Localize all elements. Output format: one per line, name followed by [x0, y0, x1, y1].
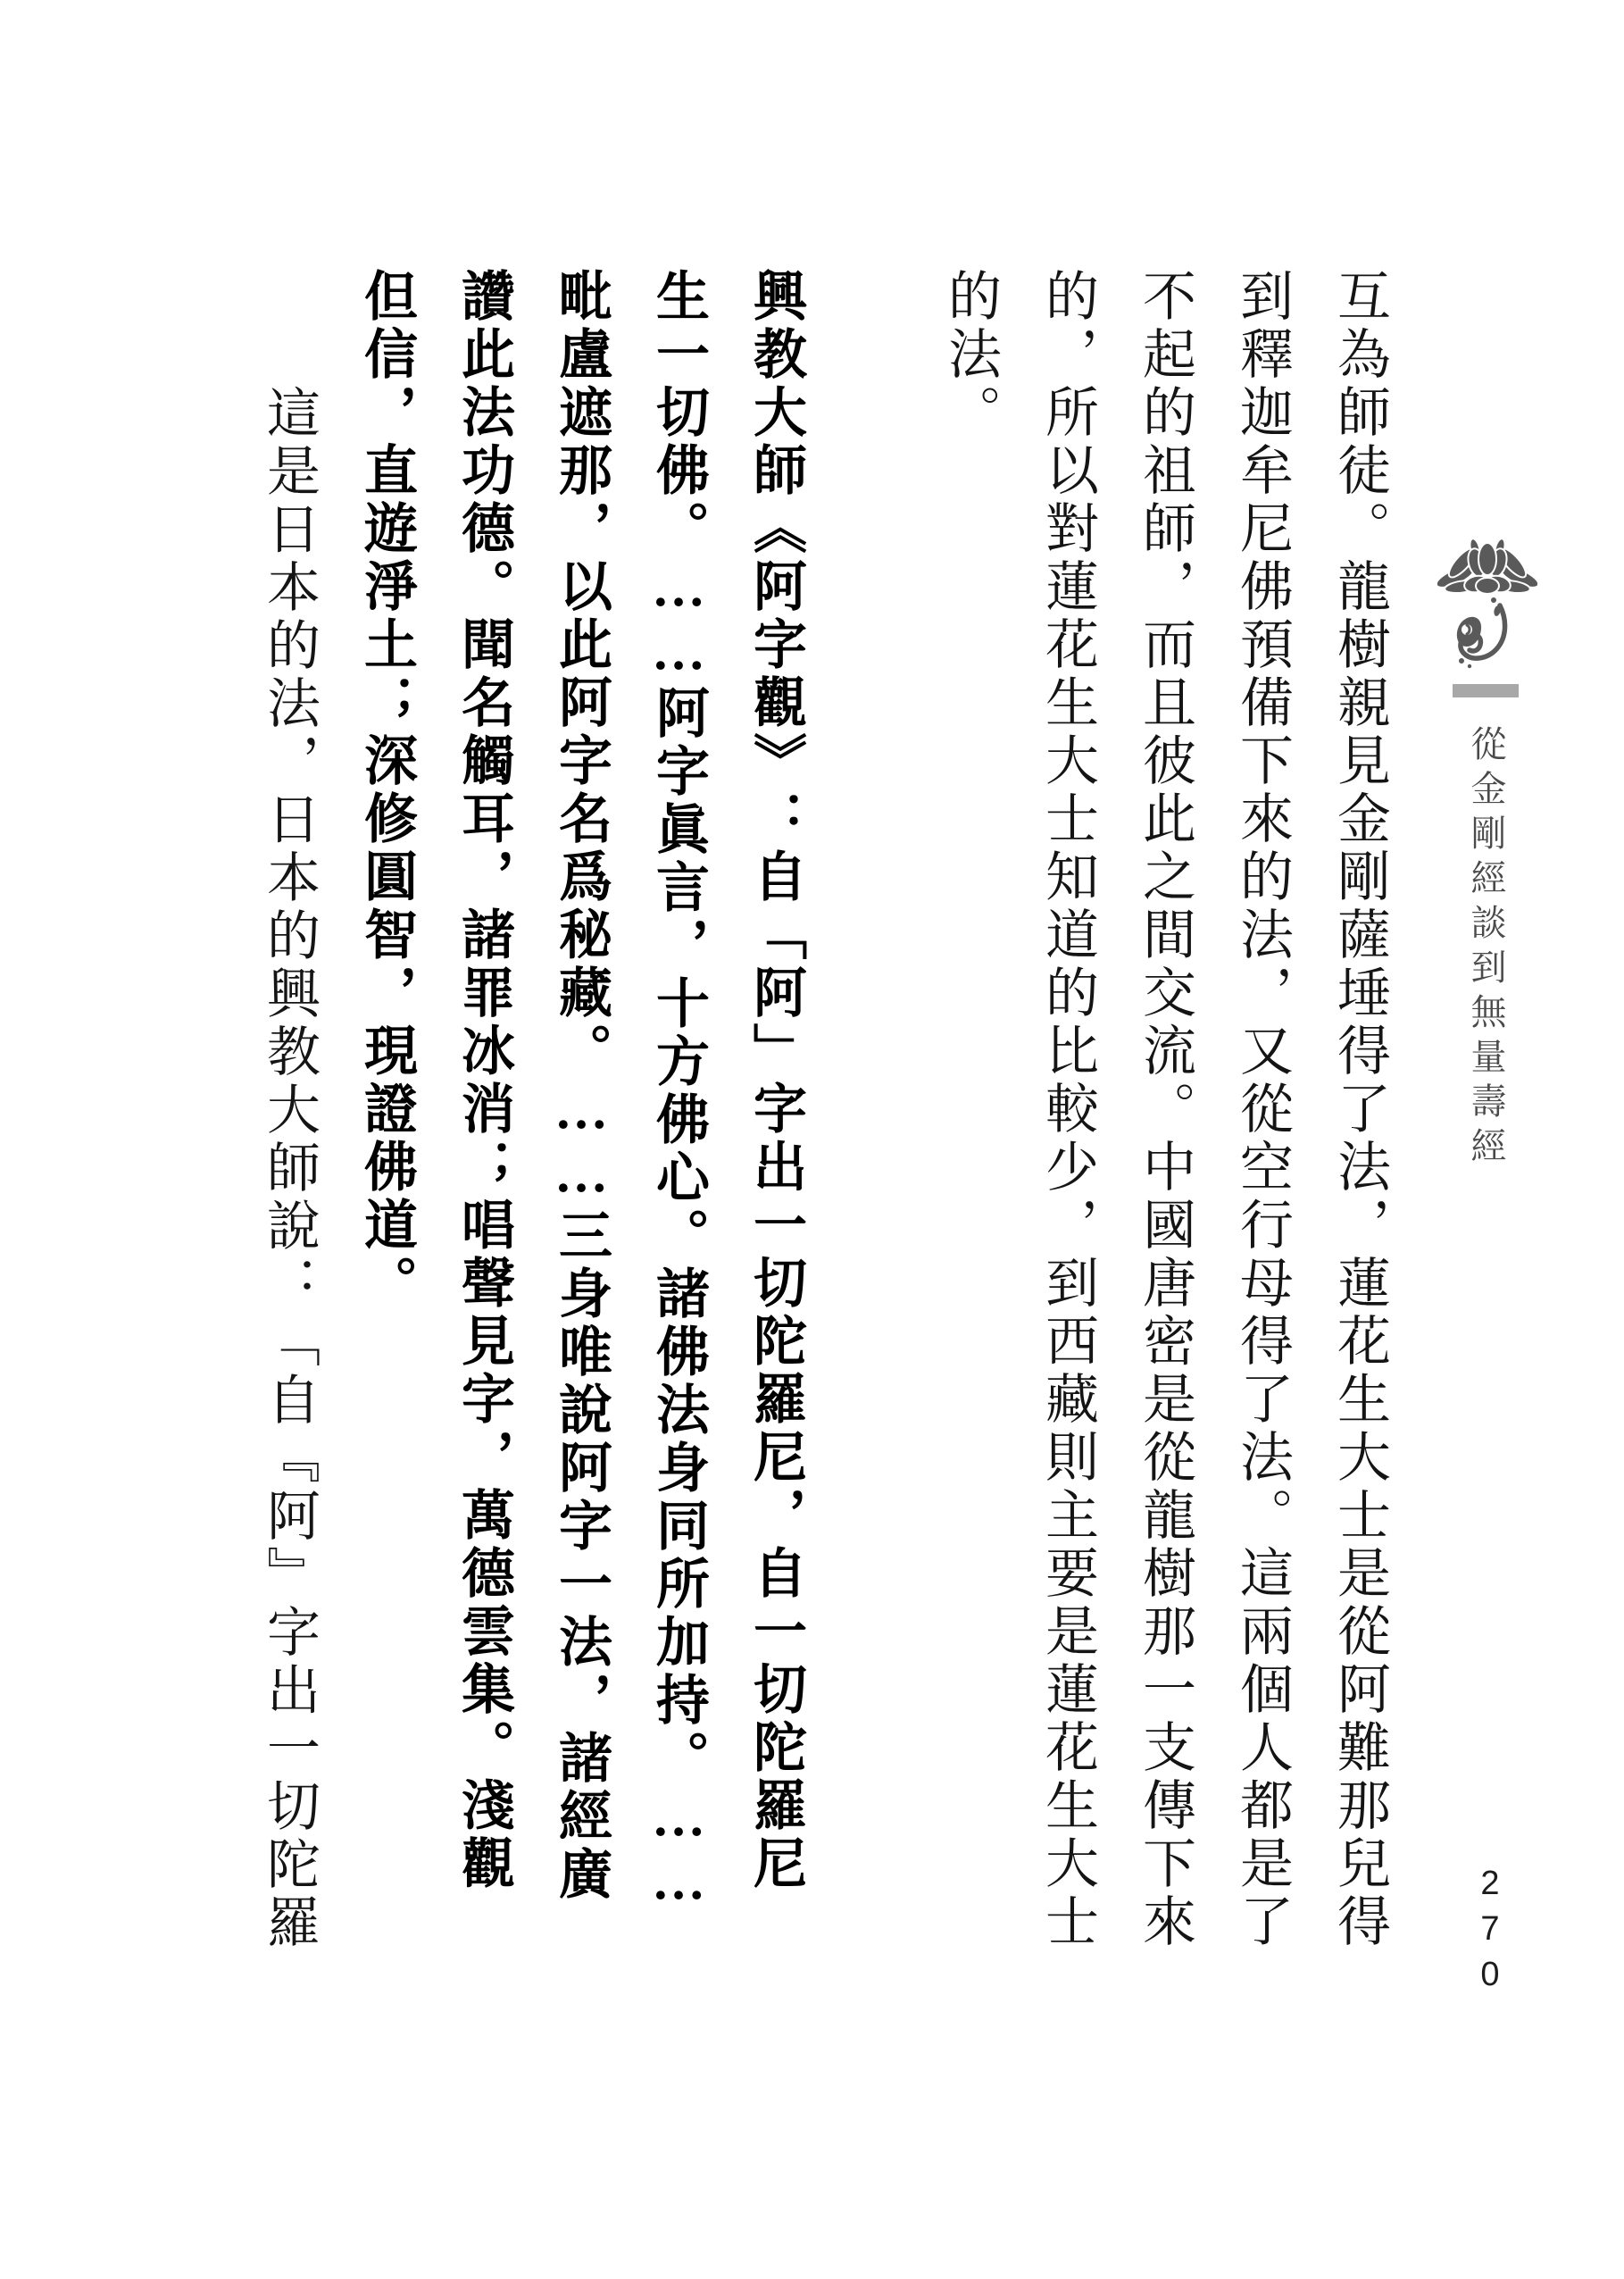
text-column: 的，所以對蓮花生大士知道的比較少，到西藏則主要是蓮花生大士: [1040, 268, 1095, 1951]
lotus-icon: [1437, 530, 1537, 687]
text-column: 這是日本的法，日本的興教大師說：「自『阿』字出一切陀羅: [262, 385, 317, 1952]
text-column: 興教大師《阿字觀》：自「阿」字出一切陀羅尼，自一切陀羅尼: [748, 268, 804, 1893]
book-page: 互為師徒。龍樹親見金剛薩埵得了法，蓮花生大士是從阿難那兒得到釋迦牟尼佛預備下來的…: [0, 0, 1624, 2279]
book-title-vertical: 從金剛經談到無量壽經: [1466, 725, 1505, 1172]
text-column: 生一切佛。……阿字眞言，十方佛心。諸佛法身同所加持。……: [651, 268, 706, 1915]
text-column: 不起的祖師，而且彼此之間交流。中國唐密是從龍樹那一支傳下來: [1137, 268, 1193, 1951]
chapter-header-ornament: 從金剛經談到無量壽經: [1427, 525, 1552, 1186]
text-column: 的法。: [943, 268, 998, 442]
divider-bar: [1453, 684, 1519, 697]
text-column: 但信，直遊淨土；深修圓智，現證佛道。: [359, 268, 414, 1313]
text-column: 毗盧遮那，以此阿字名爲秘藏。……三身唯說阿字一法，諸經廣: [554, 268, 609, 1904]
text-column: 讚此法功德。聞名觸耳，諸罪冰消；唱聲見字，萬德雲集。淺觀: [456, 268, 512, 1893]
page-number: 270: [1470, 1865, 1510, 2001]
text-column: 互為師徒。龍樹親見金剛薩埵得了法，蓮花生大士是從阿難那兒得: [1332, 268, 1387, 1951]
text-column: 到釋迦牟尼佛預備下來的法，又從空行母得了法。這兩個人都是了: [1235, 268, 1290, 1951]
